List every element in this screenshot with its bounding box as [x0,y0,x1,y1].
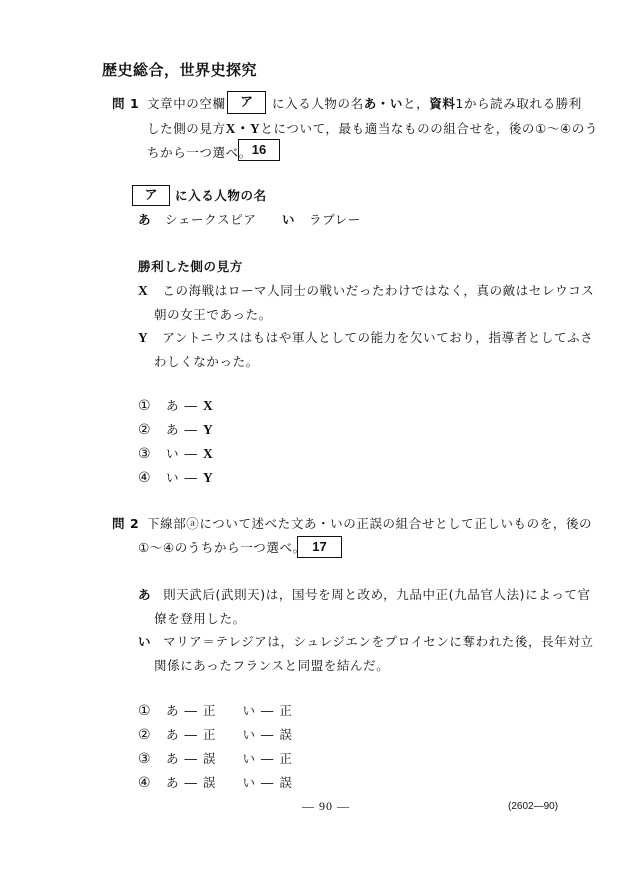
text-segment: 1から読み取れる勝利 [455,96,581,111]
statement-text: 則天武后(武則天)は，国号を周と改め，九品中正(九品官人法)によって官 [163,587,591,602]
view-key: Y [138,330,148,345]
q1-choice-1[interactable]: ①あ ― X [138,395,214,414]
text-segment: に入る人物の名 [272,96,364,111]
exam-code: (2602—90) [508,801,558,812]
view-key: X [138,283,148,298]
view-x-line2: 朝の女王であった。 [154,307,272,323]
view-text: この海戦はローマ人同士の戦いだったわけではなく，真の敵はセレウコス [162,283,594,298]
choice-b: い ― 誤 [242,727,292,742]
question-1-label: 問 1 [112,96,139,112]
choice-b: い ― 正 [242,703,292,718]
answer-box-16: 16 [238,139,280,161]
q2-choice-1[interactable]: ①あ ― 正い ― 正 [138,700,293,719]
statement-key: い [138,634,151,649]
names-heading: に入る人物の名 [175,188,267,204]
section-title: 歴史総合，世界史探究 [102,59,257,80]
choice-key: あ [166,398,180,413]
view-x-line1: Xこの海戦はローマ人同士の戦いだったわけではなく，真の敵はセレウコス [138,283,594,299]
q2-choice-2[interactable]: ②あ ― 正い ― 誤 [138,724,293,743]
q1-choice-2[interactable]: ②あ ― Y [138,419,214,438]
answer-box-17: 17 [297,536,342,558]
text-segment-bold: X・Y [226,121,261,136]
statement-i-line1: いマリア＝テレジアは，シュレジエンをプロイセンに奪われた後，長年対立 [138,634,594,650]
option-key: あ [138,212,151,227]
statement-a-line1: あ則天武后(武則天)は，国号を周と改め，九品中正(九品官人法)によって官 [138,587,591,603]
name-option-a: あシェークスピア [138,212,256,228]
statement-i-line2: 関係にあったフランスと同盟を結んだ。 [154,658,389,674]
blank-box-a-heading: ア [132,185,170,206]
views-heading: 勝利した側の見方 [138,259,243,275]
choice-number: ① [138,703,160,719]
question-1-text-line1: に入る人物の名あ・いと，資料1から読み取れる勝利 [272,96,582,112]
choice-a: あ ― 誤 [166,751,216,766]
q2-choice-4[interactable]: ④あ ― 誤い ― 誤 [138,772,293,791]
view-y-line2: わしくなかった。 [154,354,259,370]
text-segment: と， [403,96,429,111]
text-segment-bold: 資料 [429,96,455,111]
choice-value: X [203,446,214,461]
question-2-text-line1: 下線部ⓐについて述べた文あ・いの正誤の組合せとして正しいものを，後の [147,516,592,532]
choice-key: い [166,470,180,485]
choice-b: い ― 誤 [242,775,292,790]
choice-a: あ ― 誤 [166,775,216,790]
q2-choice-3[interactable]: ③あ ― 誤い ― 正 [138,748,293,767]
view-y-line1: Yアントニウスはもはや軍人としての能力を欠いており，指導者としてふさ [138,330,593,346]
text-segment: した側の見方 [147,121,226,136]
question-1-text-a: 文章中の空欄 [147,96,226,112]
choice-b: い ― 正 [242,751,292,766]
q1-choice-4[interactable]: ④い ― Y [138,467,214,486]
page-number: — 90 — [302,799,350,814]
option-value: ラブレー [309,212,361,227]
question-2-label: 問 2 [112,516,139,532]
statement-text: マリア＝テレジアは，シュレジエンをプロイセンに奪われた後，長年対立 [163,634,593,649]
blank-box-a: ア [227,91,266,114]
question-2-text-line2: ①～④のうちから一つ選べ。 [138,540,306,556]
q1-choice-3[interactable]: ③い ― X [138,443,214,462]
text-segment: とについて，最も適当なものの組合せを，後の①～④のう [260,121,598,136]
question-1-text-line2: した側の見方X・Yとについて，最も適当なものの組合せを，後の①～④のう [147,121,598,137]
choice-number: ④ [138,470,160,486]
choice-number: ④ [138,775,160,791]
choice-key: い [166,446,180,461]
option-value: シェークスピア [165,212,256,227]
choice-a: あ ― 正 [166,727,216,742]
choice-number: ③ [138,751,160,767]
name-option-i: いラブレー [282,212,361,228]
statement-key: あ [138,587,151,602]
question-1-text-line3: ちから一つ選べ。 [147,145,252,161]
choice-a: あ ― 正 [166,703,216,718]
choice-number: ② [138,727,160,743]
choice-key: あ [166,422,180,437]
view-text: アントニウスはもはや軍人としての能力を欠いており，指導者としてふさ [162,330,593,345]
text-segment-bold: あ・い [364,96,403,111]
choice-number: ③ [138,446,160,462]
choice-number: ② [138,422,160,438]
choice-number: ① [138,398,160,414]
statement-a-line2: 僚を登用した。 [154,611,246,627]
choice-value: X [203,398,214,413]
option-key: い [282,212,295,227]
choice-value: Y [203,470,214,485]
choice-value: Y [203,422,214,437]
